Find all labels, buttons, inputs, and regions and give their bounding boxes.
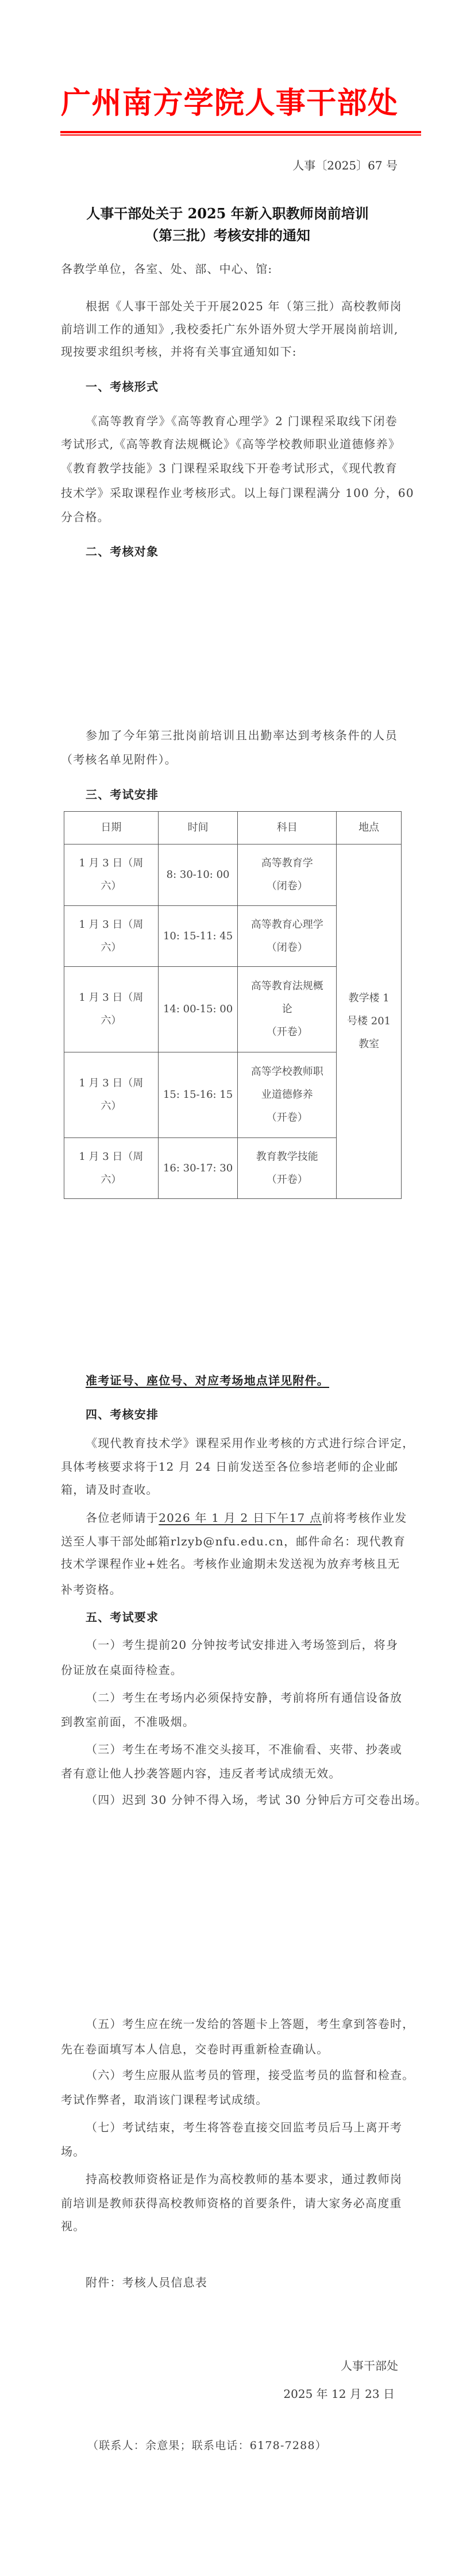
column-header-date: 日期: [64, 812, 159, 844]
cell-date: 1 月 3 日（周六）: [64, 1052, 159, 1138]
paragraph-line: （考核名单见附件）。: [61, 751, 398, 768]
cell-time: 15: 15-16: 15: [158, 1052, 238, 1138]
cell-time: 16: 30-17: 30: [158, 1138, 238, 1199]
paragraph-line: 《高等教育学》《高等教育心理学》2 门课程采取线下闭卷: [86, 412, 398, 430]
letterhead-divider-thick: [60, 131, 421, 133]
column-header-time: 时间: [158, 812, 238, 844]
column-header-subject: 科目: [238, 812, 337, 844]
requirement-item: 考试作弊者，取消该门课程考试成绩。: [61, 2091, 398, 2108]
paragraph-line: 补考资格。: [61, 1581, 398, 1598]
paragraph-line: 技术学课程作业+姓名。考核作业逾期未发送视为放弃考核且无: [61, 1555, 398, 1572]
deadline-date: 2026 年 1 月 2 日下午17 点: [159, 1511, 322, 1525]
paragraph-line: 分合格。: [61, 508, 398, 526]
cell-time: 10: 15-11: 45: [158, 906, 238, 967]
requirement-item: （三）考生在考场不准交头接耳，不准偷看、夹带、抄袭或: [86, 1741, 398, 1758]
cell-location: 教学楼 1 号楼 201 教室: [337, 844, 402, 1199]
closing-paragraph: 视。: [61, 2218, 398, 2235]
cell-date: 1 月 3 日（周六）: [64, 844, 159, 906]
section-heading-assessment-format: 一、考核形式: [86, 378, 398, 395]
cell-subject: 高等教育心理学（闭卷）: [238, 906, 337, 967]
cell-time: 14: 00-15: 00: [158, 967, 238, 1052]
cell-date: 1 月 3 日（周六）: [64, 906, 159, 967]
requirement-item: （二）考生在考场内必须保持安静，考前将所有通信设备放: [86, 1689, 398, 1706]
cell-subject: 教育教学技能（开卷）: [238, 1138, 337, 1199]
deadline-line: 各位老师请于2026 年 1 月 2 日下午17 点前将考核作业发: [86, 1509, 398, 1526]
paragraph-line-email: 送至人事干部处邮箱rlzyb@nfu.edu.cn，邮件命名：现代教育: [61, 1533, 398, 1550]
notice-title-line-1: 人事干部处关于 2025 年新入职教师岗前培训: [0, 204, 455, 223]
requirement-item: （七）考试结束，考生将答卷直接交回监考员后马上离开考: [86, 2119, 398, 2136]
cell-date: 1 月 3 日（周六）: [64, 1138, 159, 1199]
attachment-label: 附件：考核人员信息表: [86, 2274, 398, 2291]
paragraph-line: 具体考核要求将于12 月 24 日前发送至各位参培老师的企业邮: [61, 1458, 398, 1475]
paragraph-line: 参加了今年第三批岗前培训且出勤率达到考核条件的人员: [86, 727, 398, 744]
section-heading-assessment-targets: 二、考核对象: [86, 543, 398, 560]
notice-title-line-2: （第三批）考核安排的通知: [0, 226, 455, 245]
intro-line: 前培训工作的通知》,我校委托广东外语外贸大学开展岗前培训,: [61, 321, 398, 338]
cell-date: 1 月 3 日（周六）: [64, 967, 159, 1052]
document-number: 人事〔2025〕67 号: [292, 157, 398, 173]
letterhead-divider-thin: [60, 134, 421, 136]
requirement-item: 份证放在桌面待检查。: [61, 1661, 398, 1679]
requirement-item: 场。: [61, 2143, 398, 2160]
paragraph-line: 技术学》采取课程作业考核形式。以上每门课程满分 100 分，60: [61, 484, 398, 502]
signature-department: 人事干部处: [341, 2357, 398, 2374]
requirement-item: 先在卷面填写本人信息，交卷时再重新检查确认。: [61, 2041, 398, 2058]
paragraph-line: 考试形式,《高等教育法规概论》《高等学校教师职业道德修养》: [61, 435, 398, 453]
intro-line: 现按要求组织考核，并将有关事宜通知如下:: [61, 343, 398, 360]
requirement-item: （五）考生应在统一发给的答题卡上答题，考生拿到答卷时，: [86, 2015, 398, 2033]
column-header-location: 地点: [337, 812, 402, 844]
cell-subject: 高等教育法规概论（开卷）: [238, 967, 337, 1052]
section-heading-exam-requirements: 五、考试要求: [86, 1609, 398, 1626]
contact-info: （联系人：余意果；联系电话：6178-7288）: [87, 2437, 424, 2454]
section-heading-assessment-arrangement: 四、考核安排: [86, 1406, 398, 1423]
section-heading-exam-schedule: 三、考试安排: [86, 786, 398, 803]
paragraph-line: 箱，请及时查收。: [61, 1481, 398, 1498]
issue-date: 2025 年 12 月 23 日: [283, 2385, 395, 2403]
org-letterhead-title: 广州南方学院人事干部处: [61, 86, 398, 121]
table-header-row: 日期 时间 科目 地点: [64, 812, 402, 844]
requirement-item: （一）考生提前20 分钟按考试安排进入考场签到后，将身: [86, 1636, 398, 1653]
closing-paragraph: 前培训是教师获得高校教师资格的首要条件，请大家务必高度重: [61, 2195, 398, 2212]
paragraph-line: 《现代教育技术学》课程采用作业考核的方式进行综合评定，: [86, 1434, 398, 1452]
requirement-item: 到教室前面，不准吸烟。: [61, 1713, 398, 1730]
requirement-item: （四）迟到 30 分钟不得入场，考试 30 分钟后方可交卷出场。: [86, 1791, 398, 1808]
exam-ticket-note: 准考证号、座位号、对应考场地点详见附件。: [86, 1372, 398, 1389]
paragraph-line: 《教育教学技能》3 门课程采取线下开卷考试形式，《现代教育: [61, 460, 398, 477]
closing-paragraph: 持高校教师资格证是作为高校教师的基本要求，通过教师岗: [86, 2170, 398, 2188]
requirement-item: 者有意让他人抄袭答题内容，违反者考试成绩无效。: [61, 1765, 398, 1782]
cell-subject: 高等学校教师职业道德修养（开卷）: [238, 1052, 337, 1138]
cell-time: 8: 30-10: 00: [158, 844, 238, 906]
exam-schedule-table: 日期 时间 科目 地点 1 月 3 日（周六） 8: 30-10: 00 高等教…: [64, 811, 402, 1199]
intro-line: 根据《人事干部处关于开展2025 年（第三批）高校教师岗: [86, 298, 398, 315]
requirement-item: （六）考生应服从监考员的管理，接受监考员的监督和检查。: [86, 2066, 398, 2084]
salutation: 各教学单位，各室、处、部、中心、馆:: [61, 260, 398, 277]
table-row: 1 月 3 日（周六） 8: 30-10: 00 高等教育学（闭卷） 教学楼 1…: [64, 844, 402, 906]
cell-subject: 高等教育学（闭卷）: [238, 844, 337, 906]
